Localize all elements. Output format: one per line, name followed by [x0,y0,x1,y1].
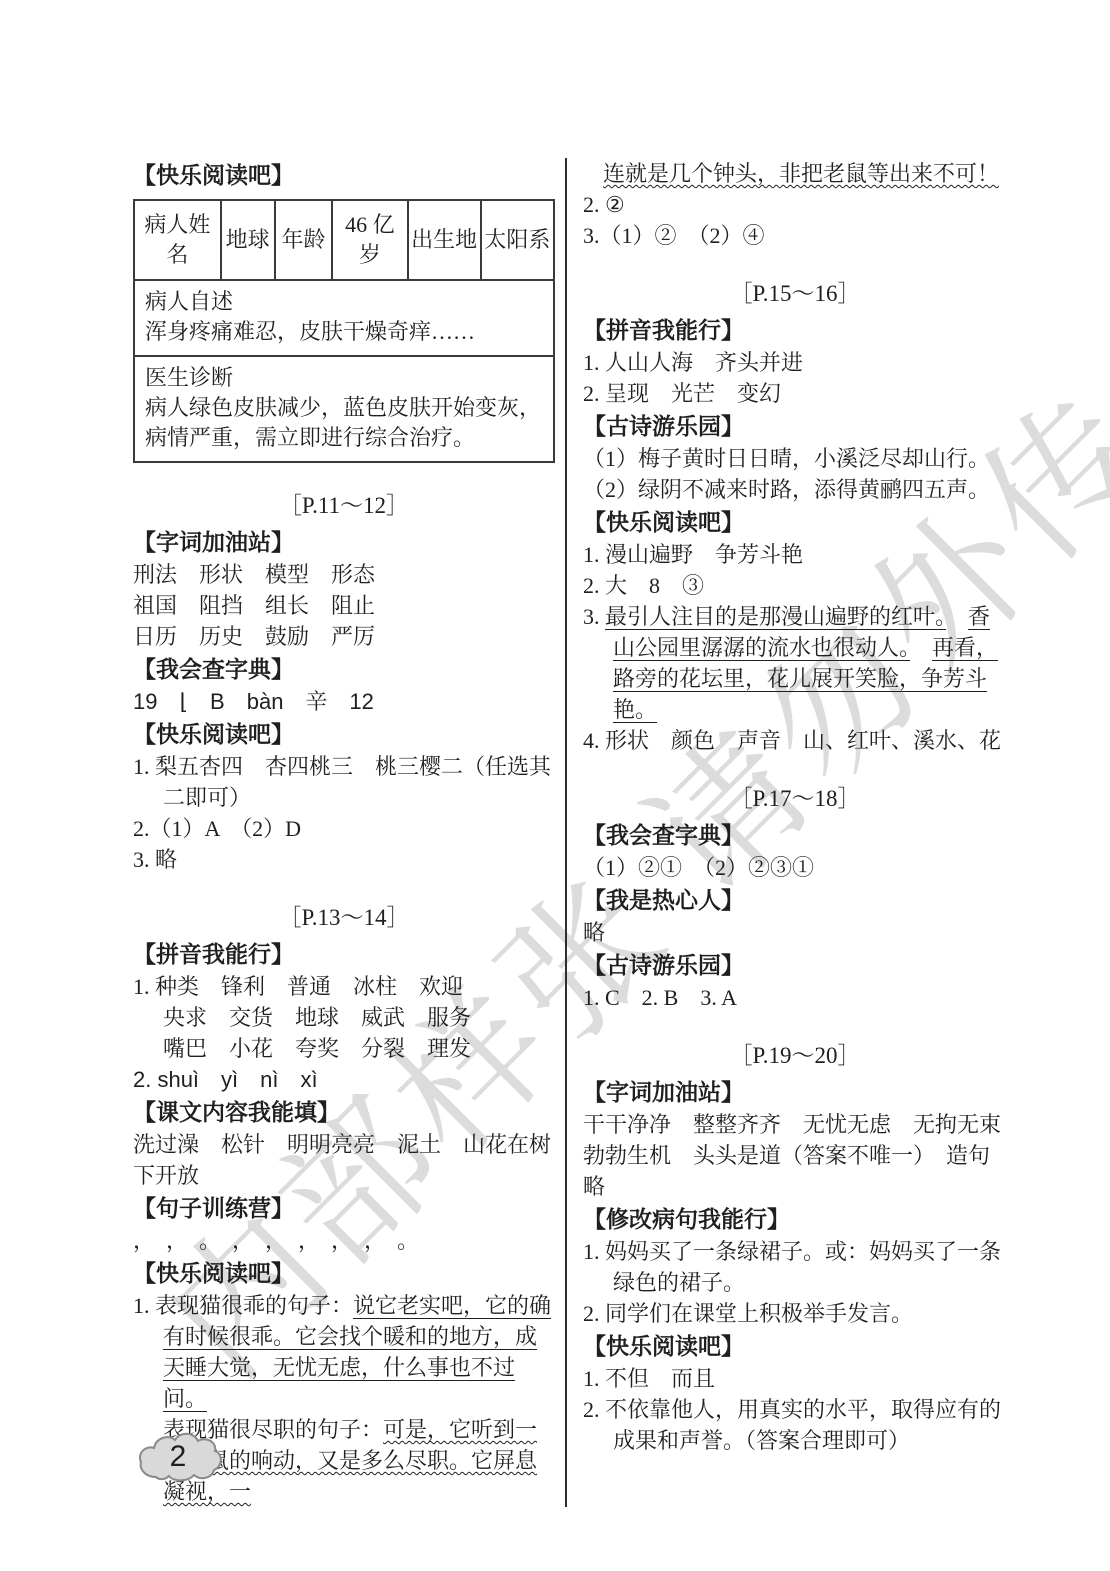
answer-item: 1. 不但 而且 [583,1363,1007,1394]
diagnosis-title: 医生诊断 [145,363,543,393]
table-cell-age-value: 46 亿岁 [332,200,407,280]
answer-item: （1）梅子黄时日日晴，小溪泛尽却山行。 [583,443,1007,474]
continuation-wavy-line: 连就是几个钟头，非把老鼠等出来不可！ [583,158,1007,189]
page-ref-13-14: ［P.13～14］ [133,902,555,933]
answer-item: 1. 妈妈买了一条绿裙子。或：妈妈买了一条绿色的裙子。 [583,1236,1007,1298]
answer-item: 3.（1）② （2）④ [583,220,1007,251]
heading-dictionary-2: 【我会查字典】 [583,819,1007,851]
heading-sentence-camp: 【句子训练营】 [133,1192,555,1224]
page-ref-17-18: ［P.17～18］ [583,783,1007,814]
table-row-self-report: 病人自述 浑身疼痛难忍，皮肤干燥奇痒…… [134,280,554,356]
reading-answer-rich-2: 3. 最引人注目的是那漫山遍野的红叶。 香山公园里潺潺的流水也很动人。 再看，路… [583,601,1007,725]
page-number: 2 [170,1440,187,1473]
answer-line: 央求 交货 地球 威武 服务 [133,1002,555,1033]
answer-gap [946,604,968,629]
page-ref-15-16: ［P.15～16］ [583,278,1007,309]
page-number-cloud: 2 [133,1428,225,1486]
answer-item: 1. 梨五杏四 杏四桃三 桃三樱二（任选其二即可） [133,751,555,813]
heading-happy-reading-5: 【快乐阅读吧】 [583,1330,1007,1362]
answer-line: 刑法 形状 模型 形态 [133,559,555,590]
answer-line: 洗过澡 松针 明明亮亮 泥土 山花在树下开放 [133,1129,555,1191]
diagnosis-body: 病人绿色皮肤减少，蓝色皮肤开始变灰，病情严重，需立即进行综合治疗。 [145,393,543,453]
answer-item: 2. ② [583,189,1007,220]
heading-poem-park-2: 【古诗游乐园】 [583,949,1007,981]
heading-text-fill: 【课文内容我能填】 [133,1096,555,1128]
answer-number: 3. [583,604,605,629]
table-header-row: 病人姓名 地球 年龄 46 亿岁 出生地 太阳系 [134,200,554,280]
table-row-diagnosis: 医生诊断 病人绿色皮肤减少，蓝色皮肤开始变灰，病情严重，需立即进行综合治疗。 [134,356,554,462]
patient-table: 病人姓名 地球 年龄 46 亿岁 出生地 太阳系 病人自述 浑身疼痛难忍，皮肤干… [133,199,555,463]
answer-line: 日历 历史 鼓励 严厉 [133,621,555,652]
heading-poem-park: 【古诗游乐园】 [583,410,1007,442]
answer-line: 干干净净 整整齐齐 无忧无虑 无拘无束 [583,1109,1007,1140]
self-report-cell: 病人自述 浑身疼痛难忍，皮肤干燥奇痒…… [134,280,554,356]
heading-happy-reading-4: 【快乐阅读吧】 [583,506,1007,538]
answer-item: 4. 形状 颜色 声音 山、红叶、溪水、花 [583,725,1007,756]
table-cell-birthplace-value: 太阳系 [481,200,554,280]
table-cell-patient-name: 病人姓名 [134,200,221,280]
answer-line: 勃勃生机 头头是道（答案不唯一） 造句略 [583,1140,1007,1202]
answer-underlined: 最引人注目的是那漫山遍野的红叶。 [605,604,946,629]
answer-item: 1. 漫山遍野 争芳斗艳 [583,539,1007,570]
answer-item: 2. 同学们在课堂上积极举手发言。 [583,1298,1007,1329]
left-column: 【快乐阅读吧】 病人姓名 地球 年龄 46 亿岁 出生地 太阳系 病人自述 浑身… [133,158,565,1507]
heading-fix-sentence: 【修改病句我能行】 [583,1203,1007,1235]
cloud-icon: 2 [133,1428,225,1486]
heading-dictionary: 【我会查字典】 [133,653,555,685]
answer-item: 1. 人山人海 齐头并进 [583,347,1007,378]
answer-item: 3. 略 [133,844,555,875]
heading-happy-reading-2: 【快乐阅读吧】 [133,718,555,750]
answer-item: 2. 大 8 ③ [583,570,1007,601]
heading-pinyin-2: 【拼音我能行】 [583,314,1007,346]
answer-item: 2. 不依靠他人，用真实的水平，取得应有的成果和声誉。（答案合理即可） [583,1394,1007,1456]
page-content: 【快乐阅读吧】 病人姓名 地球 年龄 46 亿岁 出生地 太阳系 病人自述 浑身… [133,158,1007,1507]
answer-item: 1. 种类 锋利 普通 冰柱 欢迎 [133,971,555,1002]
page-ref-19-20: ［P.19～20］ [583,1040,1007,1071]
right-column: 连就是几个钟头，非把老鼠等出来不可！ 2. ② 3.（1）② （2）④ ［P.1… [565,158,1007,1507]
page-ref-11-12: ［P.11～12］ [133,490,555,521]
table-cell-birthplace-label: 出生地 [408,200,481,280]
answer-line: 略 [583,917,1007,948]
self-report-body: 浑身疼痛难忍，皮肤干燥奇痒…… [145,317,543,347]
answer-gap [910,635,932,660]
answer-item: 2.（1）A （2）D [133,813,555,844]
diagnosis-cell: 医生诊断 病人绿色皮肤减少，蓝色皮肤开始变灰，病情严重，需立即进行综合治疗。 [134,356,554,462]
answer-item: 2. 呈现 光芒 变幻 [583,378,1007,409]
answer-line: 1. C 2. B 3. A [583,982,1007,1013]
answer-item-pinyin: 2. shuì yì nì xì [133,1064,555,1095]
answer-line: 嘴巴 小花 夸奖 分裂 理发 [133,1033,555,1064]
answer-item: （2）绿阴不减来时路，添得黄鹂四五声。 [583,474,1007,505]
self-report-title: 病人自述 [145,287,543,317]
dictionary-answer-line: 19 ⌊ B bàn 辛 12 [133,686,555,717]
heading-warm-hearted: 【我是热心人】 [583,884,1007,916]
table-cell-age-label: 年龄 [275,200,333,280]
answer-lead: 1. 表现猫很乖的句子： [133,1293,353,1318]
heading-word-station-2: 【字词加油站】 [583,1076,1007,1108]
heading-pinyin: 【拼音我能行】 [133,938,555,970]
answer-key-page: 内部样张 请勿外传 【快乐阅读吧】 病人姓名 地球 年龄 46 亿岁 出生地 太… [0,0,1110,1571]
heading-happy-reading-3: 【快乐阅读吧】 [133,1257,555,1289]
heading-word-station: 【字词加油站】 [133,526,555,558]
table-cell-earth: 地球 [221,200,275,280]
answer-line: 祖国 阻挡 组长 阻止 [133,590,555,621]
section-heading-happy-reading: 【快乐阅读吧】 [133,159,555,191]
answer-line: （1）②① （2）②③① [583,852,1007,883]
punctuation-answer-line: ， ， 。 ， ， ， ， ， 。 [133,1225,555,1256]
